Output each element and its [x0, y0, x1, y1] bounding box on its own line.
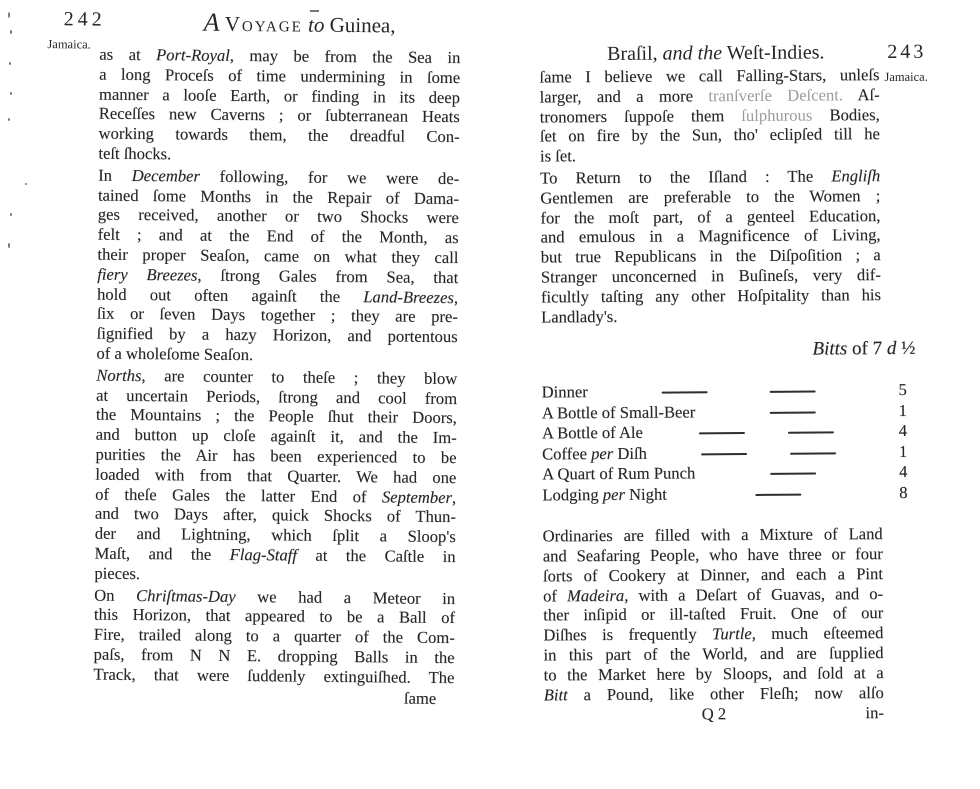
- paragraph: ſame I believe we call Falling-Stars, un…: [539, 65, 880, 166]
- text-line: To Return to the Iſland : The Engliſh: [540, 166, 880, 188]
- text-line: and Seafaring People, who have three or …: [543, 544, 883, 566]
- table-item-value: 1: [890, 400, 916, 421]
- table-item-value: 5: [890, 380, 916, 401]
- text-line: for the moſt part, of a genteel Educatio…: [540, 206, 880, 228]
- text-line: Maſt, and the Flag-Staff at the Caſtle i…: [94, 543, 455, 566]
- table-row: Dinner 5: [542, 380, 916, 403]
- text-line: Track, that were ſuddenly extinguiſhed. …: [93, 664, 454, 687]
- text-line: ficultly taſting any other Hoſpitality t…: [541, 285, 881, 307]
- text-line: Diſhes is frequently Turtle, much eſteem…: [543, 623, 883, 645]
- paragraph-lines: Norths, are counter to theſe ; they blow…: [94, 365, 457, 586]
- page-number: 242: [64, 8, 106, 31]
- text-line: teſt ſhocks.: [98, 144, 459, 167]
- text-line: ſorts of Cookery at Dinner, and each a P…: [543, 564, 883, 586]
- text-line: tronomers ſuppoſe them ſulphurous Bodies…: [540, 105, 880, 127]
- text-line: in this part of the World, and are ſuppl…: [543, 643, 883, 665]
- text-line: is ſet.: [540, 144, 880, 166]
- scan-speck: [10, 92, 12, 95]
- table-item-label: Dinner: [542, 382, 588, 403]
- text-line: larger, and a more tranſverſe Deſcent. A…: [540, 85, 880, 107]
- right-page-paragraphs-top: ſame I believe we call Falling-Stars, un…: [539, 65, 881, 327]
- paragraph-lines: To Return to the Iſland : The Engliſh Ge…: [540, 166, 881, 327]
- text-line: Ordinaries are filled with a Mixture of …: [543, 524, 883, 546]
- table-row: Lodging per Night 8: [542, 482, 916, 505]
- dash-fill: [588, 389, 890, 393]
- paragraph-lines: Ordinaries are filled with a Mixture of …: [543, 524, 884, 705]
- text-line: Gentlemen are preferable to the Women ;: [540, 186, 880, 208]
- text-line: Stranger unconcerned in Buſineſs, very d…: [541, 265, 881, 287]
- paragraph-lines: In December following, for we were de- t…: [96, 165, 459, 366]
- dash-fill: [695, 410, 890, 413]
- price-table-heading: Bitts of 7 d ½: [541, 339, 915, 361]
- right-page: Braſil, and the Weſt-Indies. 243 Jamaica…: [537, 0, 980, 789]
- price-table: Dinner 5 A Bottl: [542, 380, 917, 506]
- paragraph: In December following, for we were de- t…: [96, 165, 459, 366]
- dash-line: [770, 411, 816, 413]
- scan-speck: [8, 243, 10, 248]
- paragraph: as at Port-Royal, may be from the Sea in…: [98, 45, 460, 167]
- dash-line: [790, 452, 836, 454]
- text-line: and emulous in a Magnificence of Living,: [540, 225, 880, 247]
- running-title: A Voyage to Guinea,: [180, 7, 420, 39]
- text-line: of a wholeſome Seaſon.: [96, 344, 457, 367]
- signature-mark: Q 2: [702, 704, 727, 723]
- scan-speck: [9, 62, 11, 65]
- paragraph: On Chriſtmas-Day we had a Meteor in this…: [93, 585, 455, 687]
- signature-row: Q 2 in-: [544, 703, 884, 725]
- catchword: ſame: [93, 685, 454, 708]
- page-number: 243: [887, 41, 926, 64]
- catchword: in-: [865, 703, 884, 723]
- dash-fill: [647, 451, 890, 455]
- text-line: to the Market here by Sloops, and ſold a…: [544, 663, 884, 685]
- right-page-paragraphs-bottom: Ordinaries are filled with a Mixture of …: [543, 524, 884, 705]
- table-item-label: Lodging per Night: [542, 484, 667, 505]
- right-page-body: ſame I believe we call Falling-Stars, un…: [539, 65, 884, 725]
- dash-fill: [667, 492, 891, 496]
- dash-fill: [643, 430, 890, 434]
- text-line: but true Republicans in the Diſpoſition …: [541, 245, 881, 267]
- dash-line: [788, 432, 834, 434]
- table-item-value: 1: [890, 441, 916, 462]
- running-title: Braſil, and the Weſt-Indies.: [563, 41, 868, 66]
- table-row: A Bottle of Small-Beer 1: [542, 400, 916, 423]
- dash-line: [701, 453, 747, 455]
- scan-speck: [25, 183, 27, 185]
- left-page-body: as at Port-Royal, may be from the Sea in…: [93, 45, 460, 709]
- text-line: pieces.: [94, 563, 455, 586]
- scan-speck: [10, 213, 12, 216]
- book-scan: 242 A Voyage to Guinea, Jamaica. as at P…: [0, 0, 980, 789]
- paragraph: To Return to the Iſland : The Engliſh Ge…: [540, 166, 881, 327]
- table-item-value: 8: [890, 482, 916, 503]
- paragraph: Ordinaries are filled with a Mixture of …: [543, 524, 884, 705]
- table-row: Coffee per Diſh 1: [542, 441, 916, 464]
- paragraph-lines: On Chriſtmas-Day we had a Meteor in this…: [93, 585, 455, 687]
- text-line: ſet on fire by the Sun, tho' eclipſed ti…: [540, 124, 880, 146]
- table-row: A Quart of Rum Punch 4: [542, 462, 916, 485]
- table-item-label: A Bottle of Small-Beer: [542, 402, 696, 424]
- text-line: Landlady's.: [541, 305, 881, 327]
- dash-line: [662, 392, 708, 394]
- left-page: 242 A Voyage to Guinea, Jamaica. as at P…: [45, 0, 465, 789]
- dash-line: [770, 391, 816, 393]
- text-line: ſame I believe we call Falling-Stars, un…: [539, 65, 879, 87]
- dash-fill: [695, 471, 890, 474]
- table-item-label: A Bottle of Ale: [542, 423, 643, 444]
- table-item-label: A Quart of Rum Punch: [542, 464, 695, 486]
- table-item-value: 4: [890, 462, 916, 483]
- text-line: ther inſipid or ill-taſted Fruit. One of…: [543, 603, 883, 625]
- paragraph: Norths, are counter to theſe ; they blow…: [94, 365, 457, 586]
- scan-speck: [8, 12, 10, 18]
- margin-note: Jamaica.: [884, 70, 927, 85]
- scan-speck: [10, 30, 12, 34]
- paragraph-lines: as at Port-Royal, may be from the Sea in…: [98, 45, 460, 167]
- table-item-value: 4: [890, 421, 916, 442]
- left-page-paragraphs: as at Port-Royal, may be from the Sea in…: [93, 45, 460, 688]
- text-line: Bitt a Pound, like other Fleſh; now alſo: [544, 683, 884, 705]
- table-row: A Bottle of Ale 4: [542, 421, 916, 444]
- paragraph-lines: ſame I believe we call Falling-Stars, un…: [539, 65, 880, 166]
- dash-line: [699, 432, 745, 434]
- dash-line: [756, 494, 802, 496]
- table-item-label: Coffee per Diſh: [542, 443, 647, 464]
- margin-note: Jamaica.: [47, 37, 91, 52]
- scan-speck: [8, 118, 10, 121]
- dash-line: [770, 473, 816, 475]
- text-line: of Madeira, with a Deſart of Guavas, and…: [543, 584, 883, 606]
